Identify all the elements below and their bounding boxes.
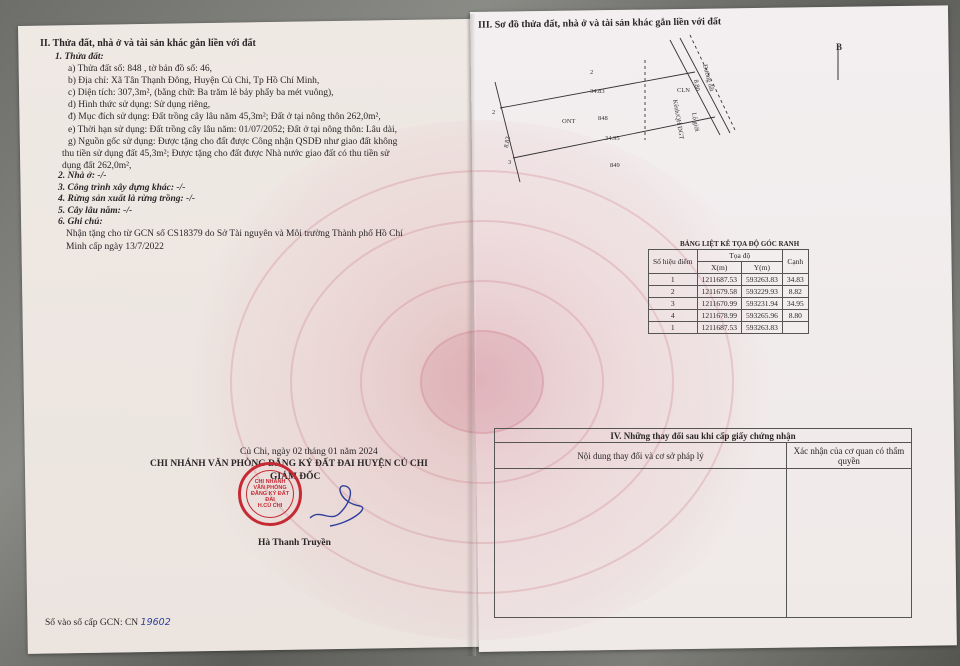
cln-label: CLN [677, 87, 690, 94]
coord-point: 1 [649, 274, 698, 286]
stamp-text: ĐĂNG KÝ ĐẤT ĐAI [247, 491, 293, 503]
coord-x: 1211687.53 [697, 322, 741, 334]
parcel-line: thu tiền sử dụng đất 45,3m²; Được tặng c… [62, 148, 389, 160]
coord-edge [782, 322, 808, 334]
coord-y: 593263.83 [741, 274, 782, 286]
parcel-line: d) Hình thức sử dụng: Sử dụng riêng, [68, 99, 210, 111]
property-item: 4. Rừng sản xuất là rừng trồng: -/- [58, 193, 195, 205]
stamp-text: H.CỦ CHI [258, 503, 282, 509]
coord-y: 593265.96 [741, 310, 782, 322]
issue-date: Củ Chi, ngày 02 tháng 01 năm 2024 [240, 446, 378, 458]
register-number: 19602 [141, 617, 171, 628]
coord-row: 31211670.99593231.9434.95 [649, 298, 809, 310]
page-fold [466, 14, 476, 656]
note-line: Minh cấp ngày 13/7/2022 [66, 241, 164, 253]
coord-point: 3 [649, 298, 698, 310]
signer-name: Hà Thanh Truyền [258, 537, 331, 549]
coord-row: 41211678.99593265.968.80 [649, 310, 809, 322]
property-item: 3. Công trình xây dựng khác: -/- [58, 182, 185, 194]
property-item: 5. Cây lâu năm: -/- [58, 205, 132, 217]
edge-top-label: 34.83 [590, 88, 605, 95]
coord-point: 1 [649, 322, 698, 334]
col-edge: Cạnh [782, 250, 808, 274]
edge-bottom-label: 34.95 [605, 135, 620, 142]
coord-edge: 8.82 [782, 286, 808, 298]
col-coords: Tọa độ [697, 250, 782, 262]
coord-y: 593263.83 [741, 322, 782, 334]
note-line: Nhận tặng cho từ GCN số CS18379 do Sở Tà… [66, 228, 403, 240]
canal-label: Kênh/QH ĐGT [671, 99, 685, 140]
col-y: Y(m) [741, 262, 782, 274]
coordinate-table: Số hiệu điểm Tọa độ Cạnh X(m) Y(m) 11211… [648, 249, 809, 334]
register-label: Số vào sổ cấp GCN: CN 19602 [45, 617, 171, 629]
coord-x: 1211678.99 [697, 310, 741, 322]
coord-row: 21211679.58593229.938.82 [649, 286, 809, 298]
parcel-number-label: 848 [598, 115, 608, 122]
changes-table: IV. Những thay đổi sau khi cấp giấy chứn… [494, 428, 912, 618]
signature [300, 478, 380, 533]
coord-x: 1211670.99 [697, 298, 741, 310]
parcel-line: a) Thửa đất số: 848 , tờ bản đồ số: 46, [68, 63, 212, 75]
point-3-label: 3 [508, 159, 511, 166]
neighbor-north-label: 2 [590, 69, 593, 76]
setback-label: Lộ giới [690, 112, 700, 132]
coord-point: 4 [649, 310, 698, 322]
coord-point: 2 [649, 286, 698, 298]
road-label: Đường đất [701, 64, 715, 93]
coord-edge: 8.80 [782, 310, 808, 322]
changes-col-confirmation: Xác nhận của cơ quan có thẩm quyền [786, 443, 911, 469]
coord-y: 593231.94 [741, 298, 782, 310]
neighbor-south-label: 849 [610, 162, 620, 169]
changes-col-content: Nội dung thay đổi và cơ sở pháp lý [495, 443, 787, 469]
coord-edge: 34.83 [782, 274, 808, 286]
coord-row: 11211687.53593263.8334.83 [649, 274, 809, 286]
changes-title: IV. Những thay đổi sau khi cấp giấy chứn… [495, 429, 912, 443]
property-item: 2. Nhà ở: -/- [58, 170, 106, 182]
coord-x: 1211679.58 [697, 286, 741, 298]
edge-left-label: 8.82 [503, 136, 512, 148]
parcel-line: g) Nguồn gốc sử dụng: Được tặng cho đất … [68, 136, 397, 148]
parcel-diagram: 2 34.83 848 ONT 34.95 849 CLN 2 3 B 8.82… [470, 30, 870, 190]
col-point: Số hiệu điểm [649, 250, 698, 274]
parcel-line: đ) Mục đích sử dụng: Đất trồng cây lâu n… [68, 111, 381, 123]
coord-row: 11211687.53593263.83 [649, 322, 809, 334]
parcel-heading: 1. Thửa đất: [55, 51, 104, 63]
point-2-label: 2 [492, 109, 495, 116]
coord-edge: 34.95 [782, 298, 808, 310]
parcel-line: e) Thời hạn sử dụng: Đất trồng cây lâu n… [68, 124, 397, 136]
changes-confirm-cell [786, 469, 911, 618]
changes-content-cell [495, 469, 787, 618]
property-item: 6. Ghi chú: [58, 216, 103, 228]
land-type-label: ONT [562, 118, 575, 125]
edge-right-label: 8.80 [692, 79, 701, 91]
section-2-title: II. Thửa đất, nhà ở và tài sản khác gắn … [40, 38, 256, 50]
official-stamp: CHI NHÁNHVĂN PHÒNGĐĂNG KÝ ĐẤT ĐAIH.CỦ CH… [238, 462, 302, 526]
north-arrow-label: B [836, 42, 842, 52]
register-label-text: Số vào sổ cấp GCN: CN [45, 618, 138, 628]
parcel-line: b) Địa chỉ: Xã Tân Thạnh Đông, Huyện Củ … [68, 75, 319, 87]
col-x: X(m) [697, 262, 741, 274]
parcel-line: c) Diện tích: 307,3m², (bằng chữ: Ba tră… [68, 87, 333, 99]
coord-x: 1211687.53 [697, 274, 741, 286]
coord-y: 593229.93 [741, 286, 782, 298]
